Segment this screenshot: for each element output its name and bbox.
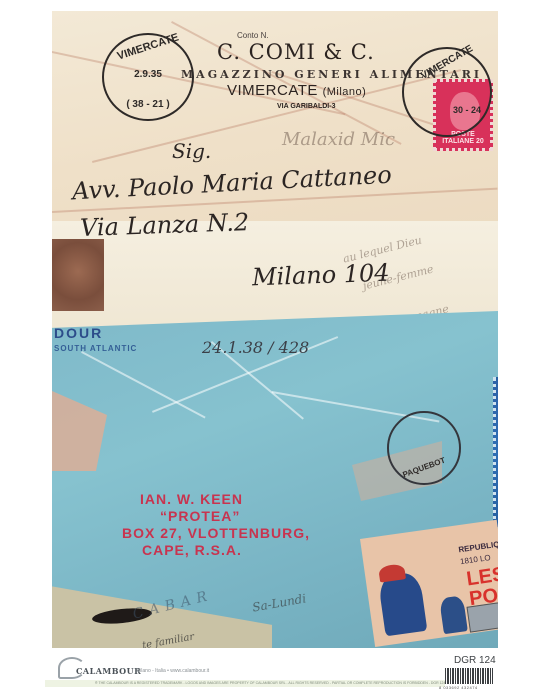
footer-legal-text: ® THE CALAMBOUR IS A REGISTERED TRADEMAR… — [95, 681, 445, 685]
postmark-vimercate-left: VIMERCATE 2.9.35 ( 38 - 21 ) — [102, 33, 194, 121]
footer-tagline: Milano - Italia • www.calambour.it — [136, 668, 209, 674]
french-illustrated-card: REPUBLIQUE 1810 LO LESPO — [360, 520, 498, 647]
child-figure-icon — [439, 595, 468, 634]
brown-stamp-fragment — [52, 239, 104, 311]
decoupage-artwork: Conto N. C. COMI & C. MAGAZZINO GENERI A… — [52, 11, 498, 648]
south-africa-stamp: SOUTH AFRICA 1910-1960 SUID-AFRIKA — [493, 377, 498, 527]
envelope-date-note: 24.1.38 / 428 — [202, 338, 309, 357]
airmail-label-subtitle: SOUTH ATLANTIC — [54, 344, 137, 353]
product-code: DGR 124 — [454, 655, 496, 666]
postmark-vimercate-right: VIMERCATE 30 - 24 — [402, 47, 492, 137]
barcode-number: 8 033692 432474 — [439, 685, 478, 690]
address-city: Milano 104 — [252, 259, 390, 292]
background-script: Malaxid Mic — [282, 129, 395, 150]
barcode-icon — [445, 668, 493, 684]
address-salutation: Sig. — [172, 139, 211, 163]
footer-brand: CALAMBOUR — [76, 666, 141, 676]
postmark-paquebot: PAQUEBOT — [387, 411, 461, 485]
airmail-label-title: DOUR — [54, 325, 103, 341]
letterhead-caption: Conto N. — [237, 31, 482, 40]
return-address-stamp: IAN. W. KEEN “PROTEA” BOX 27, VLOTTENBUR… — [122, 491, 310, 559]
address-street: Via Lanza N.2 — [80, 208, 250, 242]
